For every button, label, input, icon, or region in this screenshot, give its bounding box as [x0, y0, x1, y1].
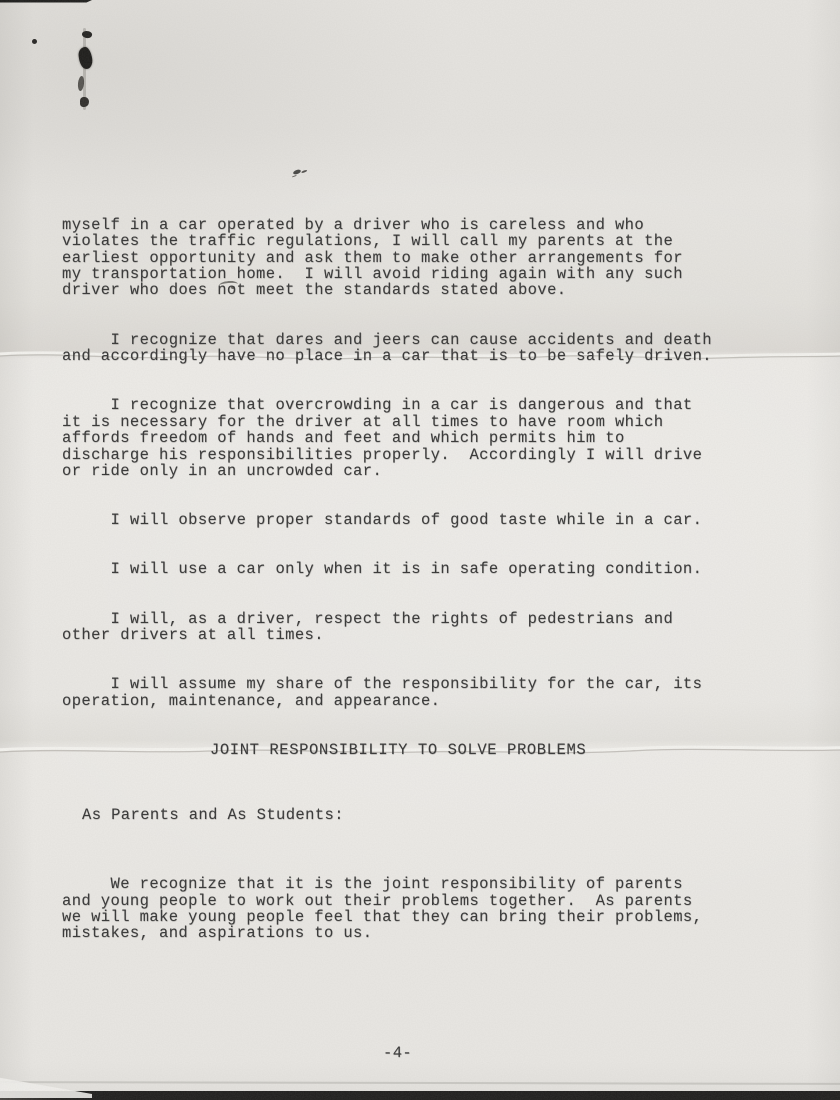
ink-smudge [81, 30, 92, 39]
ink-smudge [293, 169, 302, 175]
ink-smudge [78, 46, 94, 70]
ink-smudge [83, 28, 86, 110]
section-subheading: As Parents and As Students: [62, 807, 768, 823]
body-paragraph-3: I recognize that overcrowding in a car i… [62, 397, 768, 479]
body-paragraph-6: I will, as a driver, respect the rights … [62, 611, 768, 644]
body-paragraph-7: I will assume my share of the responsibi… [62, 676, 768, 709]
ink-dot [32, 39, 37, 44]
closing-paragraph: We recognize that it is the joint respon… [62, 876, 768, 942]
scan-edge-line [0, 0, 92, 3]
body-paragraph-5: I will use a car only when it is in safe… [62, 561, 768, 577]
typewritten-text: myself in a car operated by a driver who… [62, 184, 768, 975]
ink-smudge [80, 97, 89, 107]
body-paragraph-1: myself in a car operated by a driver who… [62, 217, 768, 299]
body-paragraph-2: I recognize that dares and jeers can cau… [62, 332, 768, 365]
page-number: -4- [383, 1044, 412, 1062]
folded-corner [0, 1076, 92, 1098]
ink-smudge [77, 76, 85, 92]
body-paragraph-4: I will observe proper standards of good … [62, 512, 768, 528]
scan-edge-band [0, 1091, 840, 1100]
scanned-document-page: myself in a car operated by a driver who… [0, 0, 840, 1100]
fold-crease [0, 1081, 840, 1085]
section-heading: JOINT RESPONSIBILITY TO SOLVE PROBLEMS [62, 742, 768, 758]
